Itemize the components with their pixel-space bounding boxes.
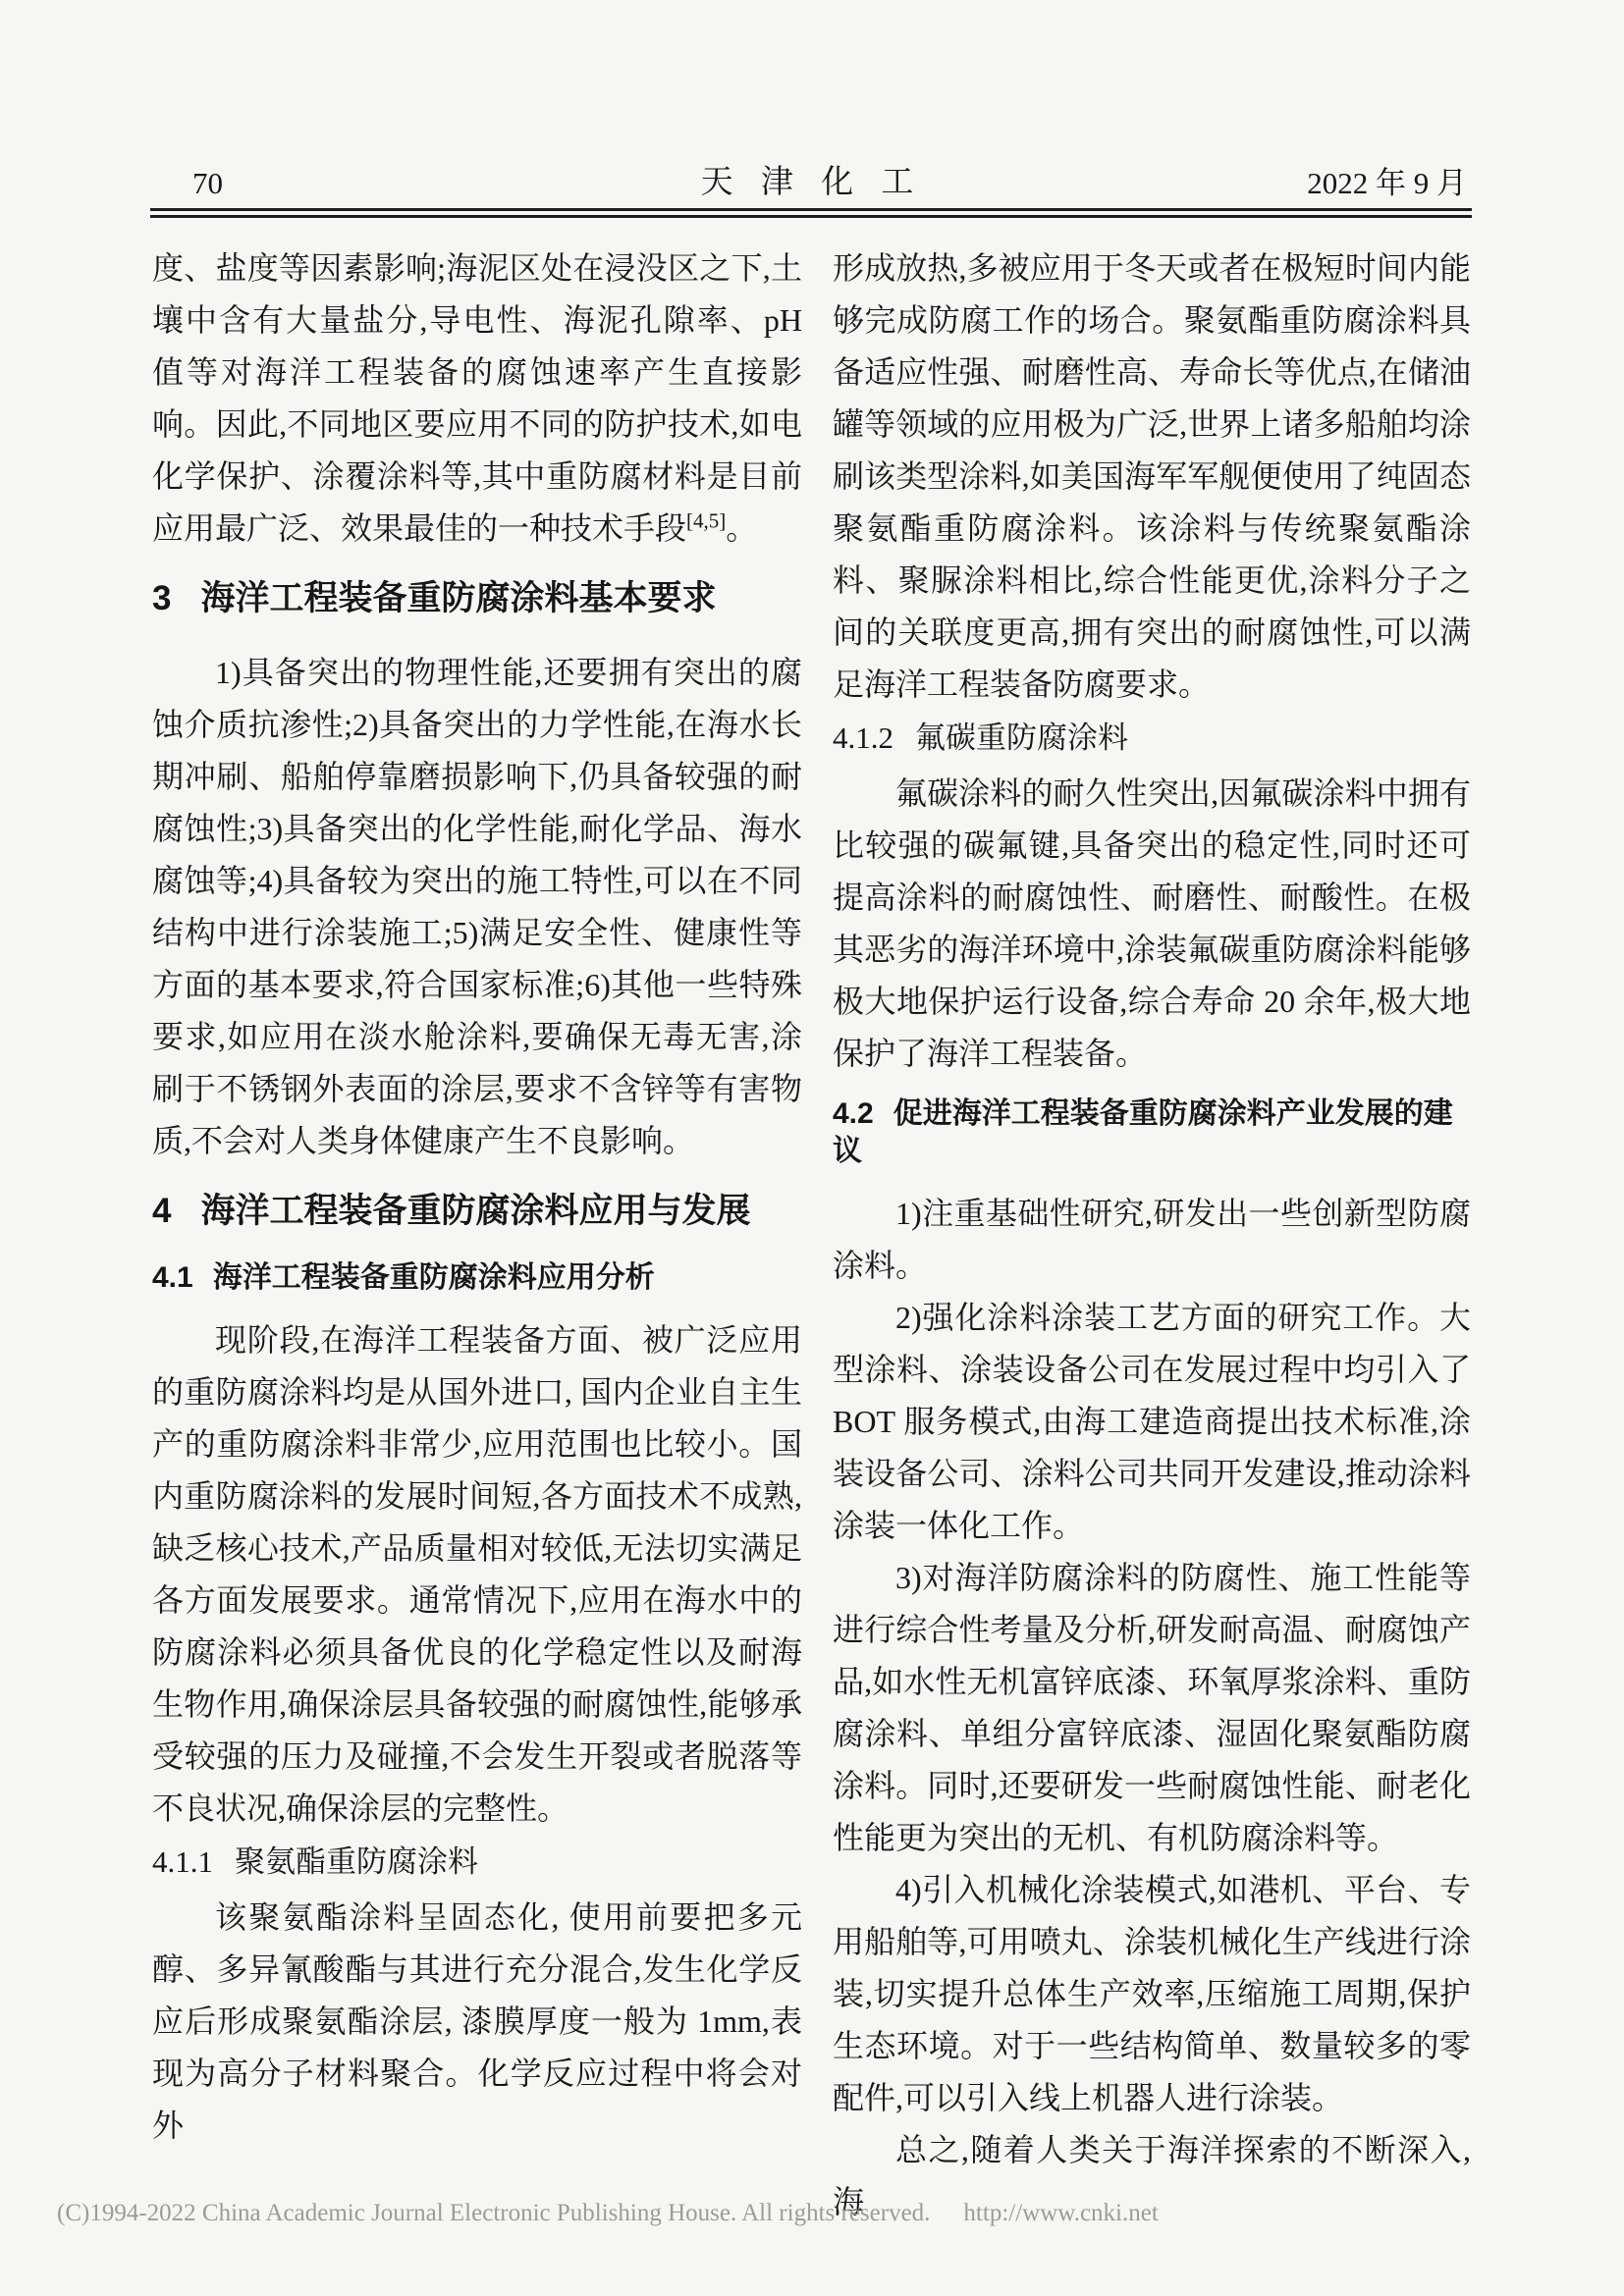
section-title: 氟碳重防腐涂料: [915, 721, 1128, 755]
header-double-rule: [150, 208, 1472, 218]
left-column: 度、盐度等因素影响;海泥区处在浸没区之下,土壤中含有大量盐分,导电性、海泥孔隙率…: [152, 242, 802, 2152]
paragraph: 4)引入机械化涂装模式,如港机、平台、专用船舶等,可用喷丸、涂装机械化生产线进行…: [833, 1864, 1471, 2124]
paragraph: 氟碳涂料的耐久性突出,因氟碳涂料中拥有比较强的碳氟键,具备突出的稳定性,同时还可…: [833, 768, 1471, 1080]
journal-page: 70 天 津 化 工 2022 年 9 月 度、盐度等因素影响;海泥区处在浸没区…: [0, 0, 1624, 2296]
paragraph-continuation: 度、盐度等因素影响;海泥区处在浸没区之下,土壤中含有大量盐分,导电性、海泥孔隙率…: [152, 242, 802, 555]
paragraph: 该聚氨酯涂料呈固态化, 使用前要把多元醇、多异氰酸酯与其进行充分混合,发生化学反…: [152, 1892, 802, 2152]
subsection-heading-4-1: 4.1海洋工程装备重防腐涂料应用分析: [152, 1259, 802, 1297]
copyright-footer: (C)1994-2022 China Academic Journal Elec…: [57, 2199, 1159, 2228]
paragraph-end: 。: [726, 510, 757, 546]
subsubsection-heading-4-1-1: 4.1.1聚氨酯重防腐涂料: [152, 1842, 802, 1882]
section-title: 促进海洋工程装备重防腐涂料产业发展的建议: [833, 1097, 1453, 1167]
section-number: 4: [152, 1192, 171, 1230]
subsubsection-heading-4-1-2: 4.1.2氟碳重防腐涂料: [833, 719, 1471, 758]
subsection-heading-4-2: 4.2促进海洋工程装备重防腐涂料产业发展的建议: [833, 1095, 1471, 1170]
paragraph: 3)对海洋防腐涂料的防腐性、施工性能等进行综合性考量及分析,研发耐高温、耐腐蚀产…: [833, 1552, 1471, 1864]
paragraph-continuation: 形成放热,多被应用于冬天或者在极短时间内能够完成防腐工作的场合。聚氨酯重防腐涂料…: [833, 242, 1471, 711]
section-number: 4.1.2: [833, 721, 893, 755]
section-number: 4.1: [152, 1261, 193, 1294]
copyright-text: (C)1994-2022 China Academic Journal Elec…: [57, 2200, 930, 2226]
paragraph: 现阶段,在海洋工程装备方面、被广泛应用的重防腐涂料均是从国外进口, 国内企业自主…: [152, 1314, 802, 1835]
paragraph: 1)注重基础性研究,研发出一些创新型防腐涂料。: [833, 1188, 1471, 1292]
section-title: 海洋工程装备重防腐涂料基本要求: [200, 579, 716, 617]
issue-date: 2022 年 9 月: [1307, 167, 1467, 200]
section-heading-4: 4海洋工程装备重防腐涂料应用与发展: [152, 1191, 802, 1232]
section-number: 4.2: [833, 1097, 874, 1130]
paragraph: 1)具备突出的物理性能,还要拥有突出的腐蚀介质抗渗性;2)具备突出的力学性能,在…: [152, 647, 802, 1167]
citation-superscript: [4,5]: [686, 508, 726, 532]
section-title: 海洋工程装备重防腐涂料应用分析: [213, 1261, 655, 1294]
section-heading-3: 3海洋工程装备重防腐涂料基本要求: [152, 578, 802, 619]
section-number: 3: [152, 579, 171, 617]
right-column: 形成放热,多被应用于冬天或者在极短时间内能够完成防腐工作的场合。聚氨酯重防腐涂料…: [833, 242, 1471, 2228]
section-number: 4.1.1: [152, 1844, 213, 1879]
cnki-url: http://www.cnki.net: [963, 2200, 1158, 2226]
paragraph-text: 度、盐度等因素影响;海泥区处在浸没区之下,土壤中含有大量盐分,导电性、海泥孔隙率…: [152, 250, 802, 546]
paragraph: 2)强化涂料涂装工艺方面的研究工作。大型涂料、涂装设备公司在发展过程中均引入了 …: [833, 1292, 1471, 1552]
section-title: 聚氨酯重防腐涂料: [235, 1844, 478, 1879]
section-title: 海洋工程装备重防腐涂料应用与发展: [200, 1192, 750, 1230]
